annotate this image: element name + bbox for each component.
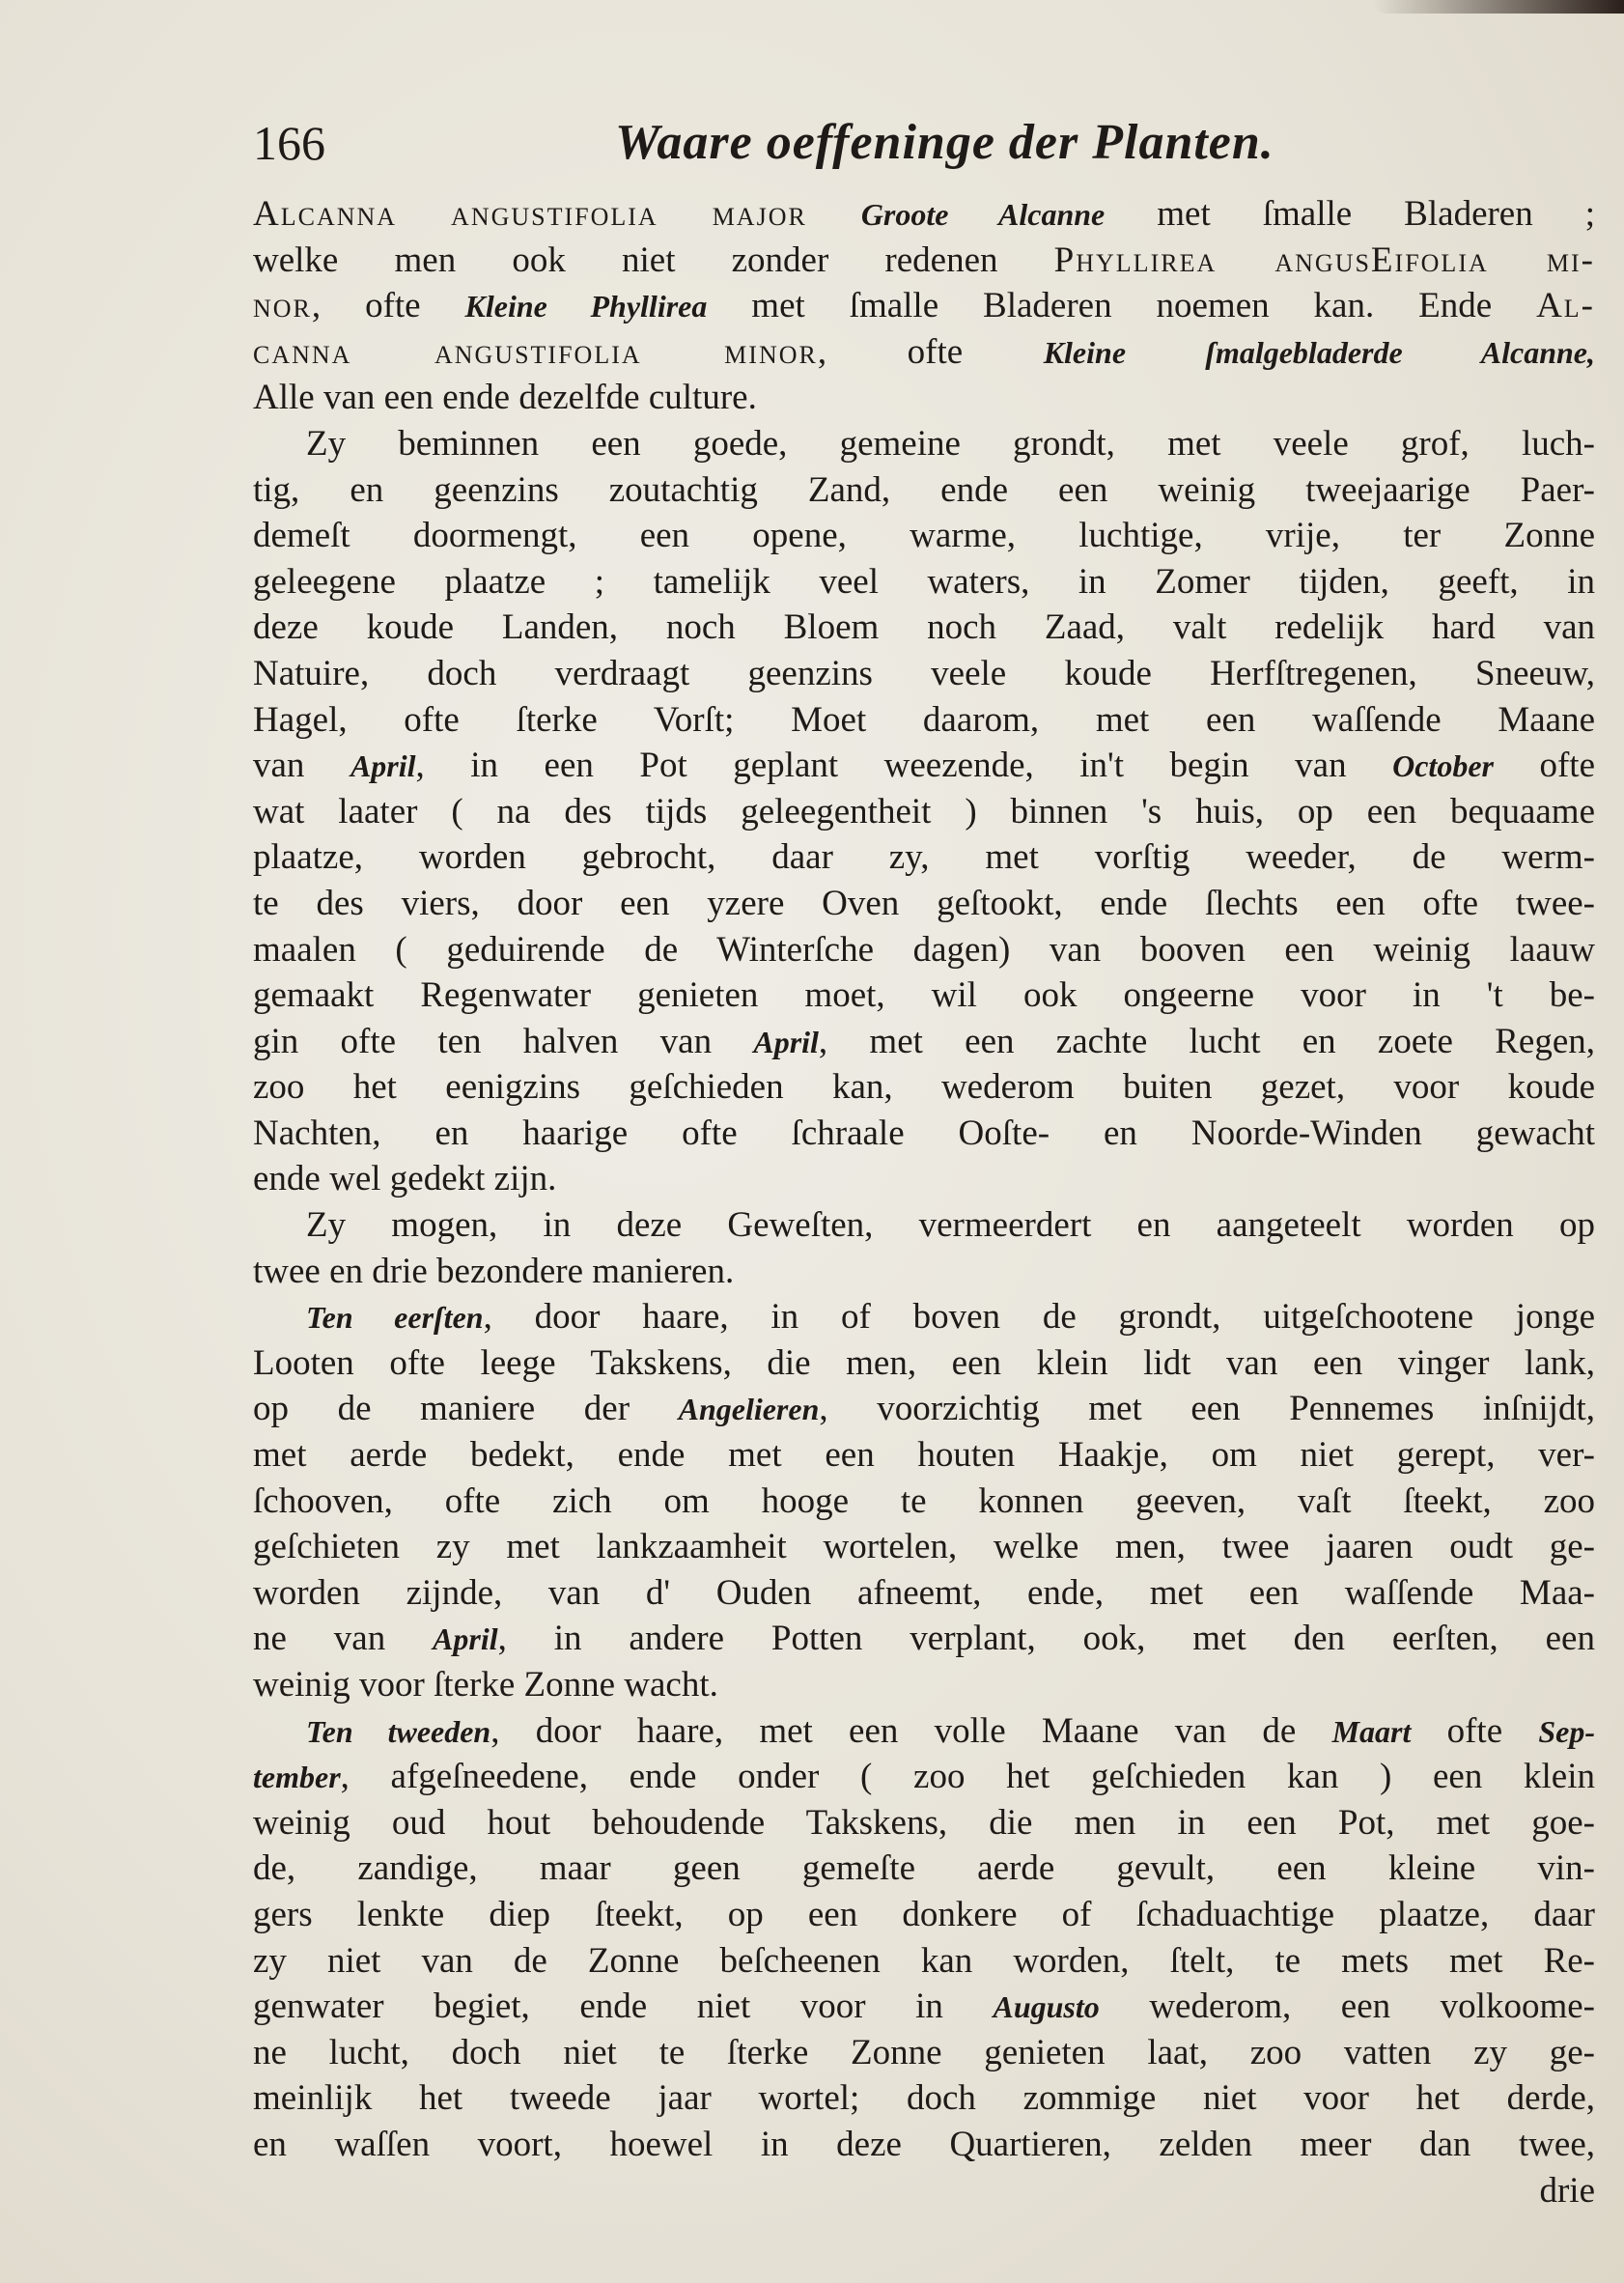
text-segment: demeſt doormengt, een opene, warme, luch… — [253, 516, 1595, 555]
text-line: demeſt doormengt, een opene, warme, luch… — [253, 513, 1595, 559]
text-line: weinig voor ſterke Zonne wacht. — [253, 1662, 1595, 1708]
italic-term: Ten eerſten — [306, 1300, 484, 1335]
text-segment: Looten ofte leege Takskens, die men, een… — [253, 1343, 1595, 1383]
text-segment: zy niet van de Zonne beſcheenen kan word… — [253, 1941, 1595, 1981]
text-line: gemaakt Regenwater genieten moet, wil oo… — [253, 972, 1595, 1019]
text-segment: van — [253, 746, 350, 785]
text-segment: deze koude Landen, noch Bloem noch Zaad,… — [253, 607, 1595, 647]
text-segment: wederom, een volkoome- — [1100, 1987, 1595, 2026]
text-line: Natuire, doch verdraagt geenzins veele k… — [253, 651, 1595, 697]
text-segment: , door haare, in of boven de grondt, uit… — [484, 1297, 1595, 1337]
text-segment: drie — [1539, 2171, 1595, 2211]
text-line: de, zandige, maar geen gemeſte aerde gev… — [253, 1846, 1595, 1892]
text-segment: op de maniere der — [253, 1389, 679, 1428]
text-segment: , afgeſneedene, ende onder ( zoo het geſ… — [341, 1757, 1595, 1796]
text-segment: welke men ook niet zonder redenen — [253, 240, 1054, 280]
text-line: genwater begiet, ende niet voor in Augus… — [253, 1984, 1595, 2030]
text-line: canna angustifolia minor, ofte Kleine ſm… — [253, 329, 1595, 376]
text-segment: de, zandige, maar geen gemeſte aerde gev… — [253, 1848, 1595, 1888]
text-line: Nachten, en haarige ofte ſchraale Ooſte-… — [253, 1111, 1595, 1157]
text-segment: ende wel gedekt zijn. — [253, 1159, 556, 1198]
text-line: van April, in een Pot geplant weezende, … — [253, 743, 1595, 789]
text-line: tember, afgeſneedene, ende onder ( zoo h… — [253, 1754, 1595, 1800]
text-segment: , ofte — [818, 332, 1044, 372]
text-line: deze koude Landen, noch Bloem noch Zaad,… — [253, 605, 1595, 651]
text-segment: maalen ( geduirende de Winterſche dagen)… — [253, 930, 1595, 970]
text-segment: wat laater ( na des tijds geleegentheit … — [253, 792, 1595, 831]
text-segment: met ſmalle Bladeren ; — [1105, 194, 1595, 234]
page-edge-shadow — [1373, 0, 1624, 14]
text-line: wat laater ( na des tijds geleegentheit … — [253, 789, 1595, 835]
text-line: te des viers, door een yzere Oven geſtoo… — [253, 881, 1595, 927]
italic-term: Ten tweeden — [306, 1714, 490, 1749]
text-segment: geleegene plaatze ; tamelijk veel waters… — [253, 562, 1595, 602]
text-segment: Natuire, doch verdraagt geenzins veele k… — [253, 654, 1595, 693]
text-segment: ofte — [1411, 1711, 1538, 1751]
text-line: maalen ( geduirende de Winterſche dagen)… — [253, 927, 1595, 973]
text-segment: Nachten, en haarige ofte ſchraale Ooſte-… — [253, 1113, 1595, 1153]
text-line: meinlijk het tweede jaar wortel; doch zo… — [253, 2075, 1595, 2122]
italic-term: Angelieren — [679, 1392, 820, 1426]
text-segment: te des viers, door een yzere Oven geſtoo… — [253, 884, 1595, 923]
small-caps-term: Alcanna angustifolia major — [253, 194, 861, 234]
text-segment: meinlijk het tweede jaar wortel; doch zo… — [253, 2078, 1595, 2118]
text-segment: , met een zachte lucht en zoete Regen, — [819, 1022, 1595, 1061]
italic-term: Augusto — [993, 1989, 1099, 2024]
text-line: Alcanna angustifolia major Groote Alcann… — [253, 191, 1595, 238]
text-segment: en waſſen voort, hoewel in deze Quartier… — [253, 2125, 1595, 2164]
text-line: ende wel gedekt zijn. — [253, 1156, 1595, 1202]
small-caps-term: Al- — [1536, 286, 1595, 325]
italic-term: Sep- — [1538, 1714, 1595, 1749]
text-segment: plaatze, worden gebrocht, daar zy, met v… — [253, 837, 1595, 877]
text-line: Zy mogen, in deze Geweſten, vermeerdert … — [253, 1202, 1595, 1249]
text-segment: met ſmalle Bladeren noemen kan. Ende — [707, 286, 1536, 325]
small-caps-term: Phyllirea angusEifolia mi- — [1054, 240, 1595, 280]
book-page: 166 Waare oeffeninge der Planten. Alcann… — [0, 0, 1624, 2283]
italic-term: October — [1392, 748, 1494, 783]
page-number: 166 — [253, 114, 325, 172]
text-line: nor, ofte Kleine Phyllirea met ſmalle Bl… — [253, 283, 1595, 329]
text-line: geleegene plaatze ; tamelijk veel waters… — [253, 559, 1595, 606]
text-line: zy niet van de Zonne beſcheenen kan word… — [253, 1938, 1595, 1985]
text-line: geſchieten zy met lankzaamheit wortelen,… — [253, 1524, 1595, 1570]
italic-term: April — [433, 1621, 498, 1656]
running-title: Waare oeffeninge der Planten. — [615, 114, 1274, 172]
italic-term: Kleine Phyllirea — [465, 289, 708, 324]
italic-term: April — [350, 748, 416, 783]
text-segment: Hagel, ofte ſterke Vorſt; Moet daarom, m… — [253, 700, 1595, 740]
text-line: Hagel, ofte ſterke Vorſt; Moet daarom, m… — [253, 697, 1595, 744]
text-segment: ne van — [253, 1619, 433, 1658]
text-segment: Zy beminnen een goede, gemeine grondt, m… — [306, 424, 1595, 464]
text-line: plaatze, worden gebrocht, daar zy, met v… — [253, 834, 1595, 881]
text-line: Zy beminnen een goede, gemeine grondt, m… — [253, 421, 1595, 467]
text-segment: worden zijnde, van d' Ouden afneemt, end… — [253, 1573, 1595, 1613]
text-segment: weinig voor ſterke Zonne wacht. — [253, 1665, 718, 1705]
text-segment: tig, en geenzins zoutachtig Zand, ende e… — [253, 470, 1595, 510]
small-caps-term: canna angustifolia minor — [253, 332, 818, 372]
text-line: ne lucht, doch niet te ſterke Zonne geni… — [253, 2030, 1595, 2076]
text-line: op de maniere der Angelieren, voorzichti… — [253, 1386, 1595, 1432]
text-segment: , door haare, met een volle Maane van de — [490, 1711, 1331, 1751]
text-line: Ten eerſten, door haare, in of boven de … — [253, 1294, 1595, 1340]
text-line: weinig oud hout behoudende Takskens, die… — [253, 1800, 1595, 1846]
text-segment: ne lucht, doch niet te ſterke Zonne geni… — [253, 2033, 1595, 2072]
italic-term: Groote Alcanne — [861, 197, 1105, 232]
text-line: gers lenkte diep ſteekt, op een donkere … — [253, 1892, 1595, 1938]
text-segment: ofte — [1494, 746, 1595, 785]
text-segment: gin ofte ten halven van — [253, 1022, 753, 1061]
text-segment: , voorzichtig met een Pennemes inſnijdt, — [819, 1389, 1595, 1428]
text-line: Looten ofte leege Takskens, die men, een… — [253, 1340, 1595, 1387]
text-segment: , in een Pot geplant weezende, in't begi… — [416, 746, 1393, 785]
text-segment: Alle van een ende dezelfde culture. — [253, 378, 757, 417]
text-line: Alle van een ende dezelfde culture. — [253, 375, 1595, 421]
text-segment: met aerde bedekt, ende met een houten Ha… — [253, 1435, 1595, 1475]
text-segment: Zy mogen, in deze Geweſten, vermeerdert … — [306, 1205, 1595, 1245]
text-segment: genwater begiet, ende niet voor in — [253, 1987, 993, 2026]
italic-term: April — [753, 1025, 819, 1059]
text-segment: geſchieten zy met lankzaamheit wortelen,… — [253, 1527, 1595, 1566]
text-segment: ſchooven, ofte zich om hooge te konnen g… — [253, 1481, 1595, 1521]
text-line: welke men ook niet zonder redenen Phylli… — [253, 238, 1595, 284]
text-segment: twee en drie bezondere manieren. — [253, 1252, 734, 1291]
text-line: ne van April, in andere Potten verplant,… — [253, 1616, 1595, 1662]
text-segment: zoo het eenigzins geſchieden kan, wedero… — [253, 1067, 1595, 1107]
text-line: tig, en geenzins zoutachtig Zand, ende e… — [253, 467, 1595, 514]
text-line: gin ofte ten halven van April, met een z… — [253, 1019, 1595, 1065]
text-segment: gers lenkte diep ſteekt, op een donkere … — [253, 1895, 1595, 1934]
text-line: twee en drie bezondere manieren. — [253, 1249, 1595, 1295]
small-caps-term: nor — [253, 286, 312, 325]
page-header: 166 Waare oeffeninge der Planten. — [253, 114, 1508, 172]
text-line: zoo het eenigzins geſchieden kan, wedero… — [253, 1064, 1595, 1111]
text-line: en waſſen voort, hoewel in deze Quartier… — [253, 2122, 1595, 2168]
text-line: drie — [253, 2168, 1595, 2214]
text-segment: , in andere Potten verplant, ook, met de… — [498, 1619, 1595, 1658]
text-segment: weinig oud hout behoudende Takskens, die… — [253, 1803, 1595, 1843]
italic-term: Kleine ſmalgebladerde Alcanne, — [1044, 335, 1595, 370]
italic-term: tember — [253, 1760, 341, 1794]
italic-term: Maart — [1332, 1714, 1412, 1749]
text-line: worden zijnde, van d' Ouden afneemt, end… — [253, 1570, 1595, 1617]
body-text: Alcanna angustifolia major Groote Alcann… — [253, 191, 1595, 2213]
text-segment: gemaakt Regenwater genieten moet, wil oo… — [253, 975, 1595, 1015]
text-line: met aerde bedekt, ende met een houten Ha… — [253, 1432, 1595, 1479]
text-line: Ten tweeden, door haare, met een volle M… — [253, 1708, 1595, 1755]
text-line: ſchooven, ofte zich om hooge te konnen g… — [253, 1479, 1595, 1525]
text-segment: , ofte — [312, 286, 465, 325]
